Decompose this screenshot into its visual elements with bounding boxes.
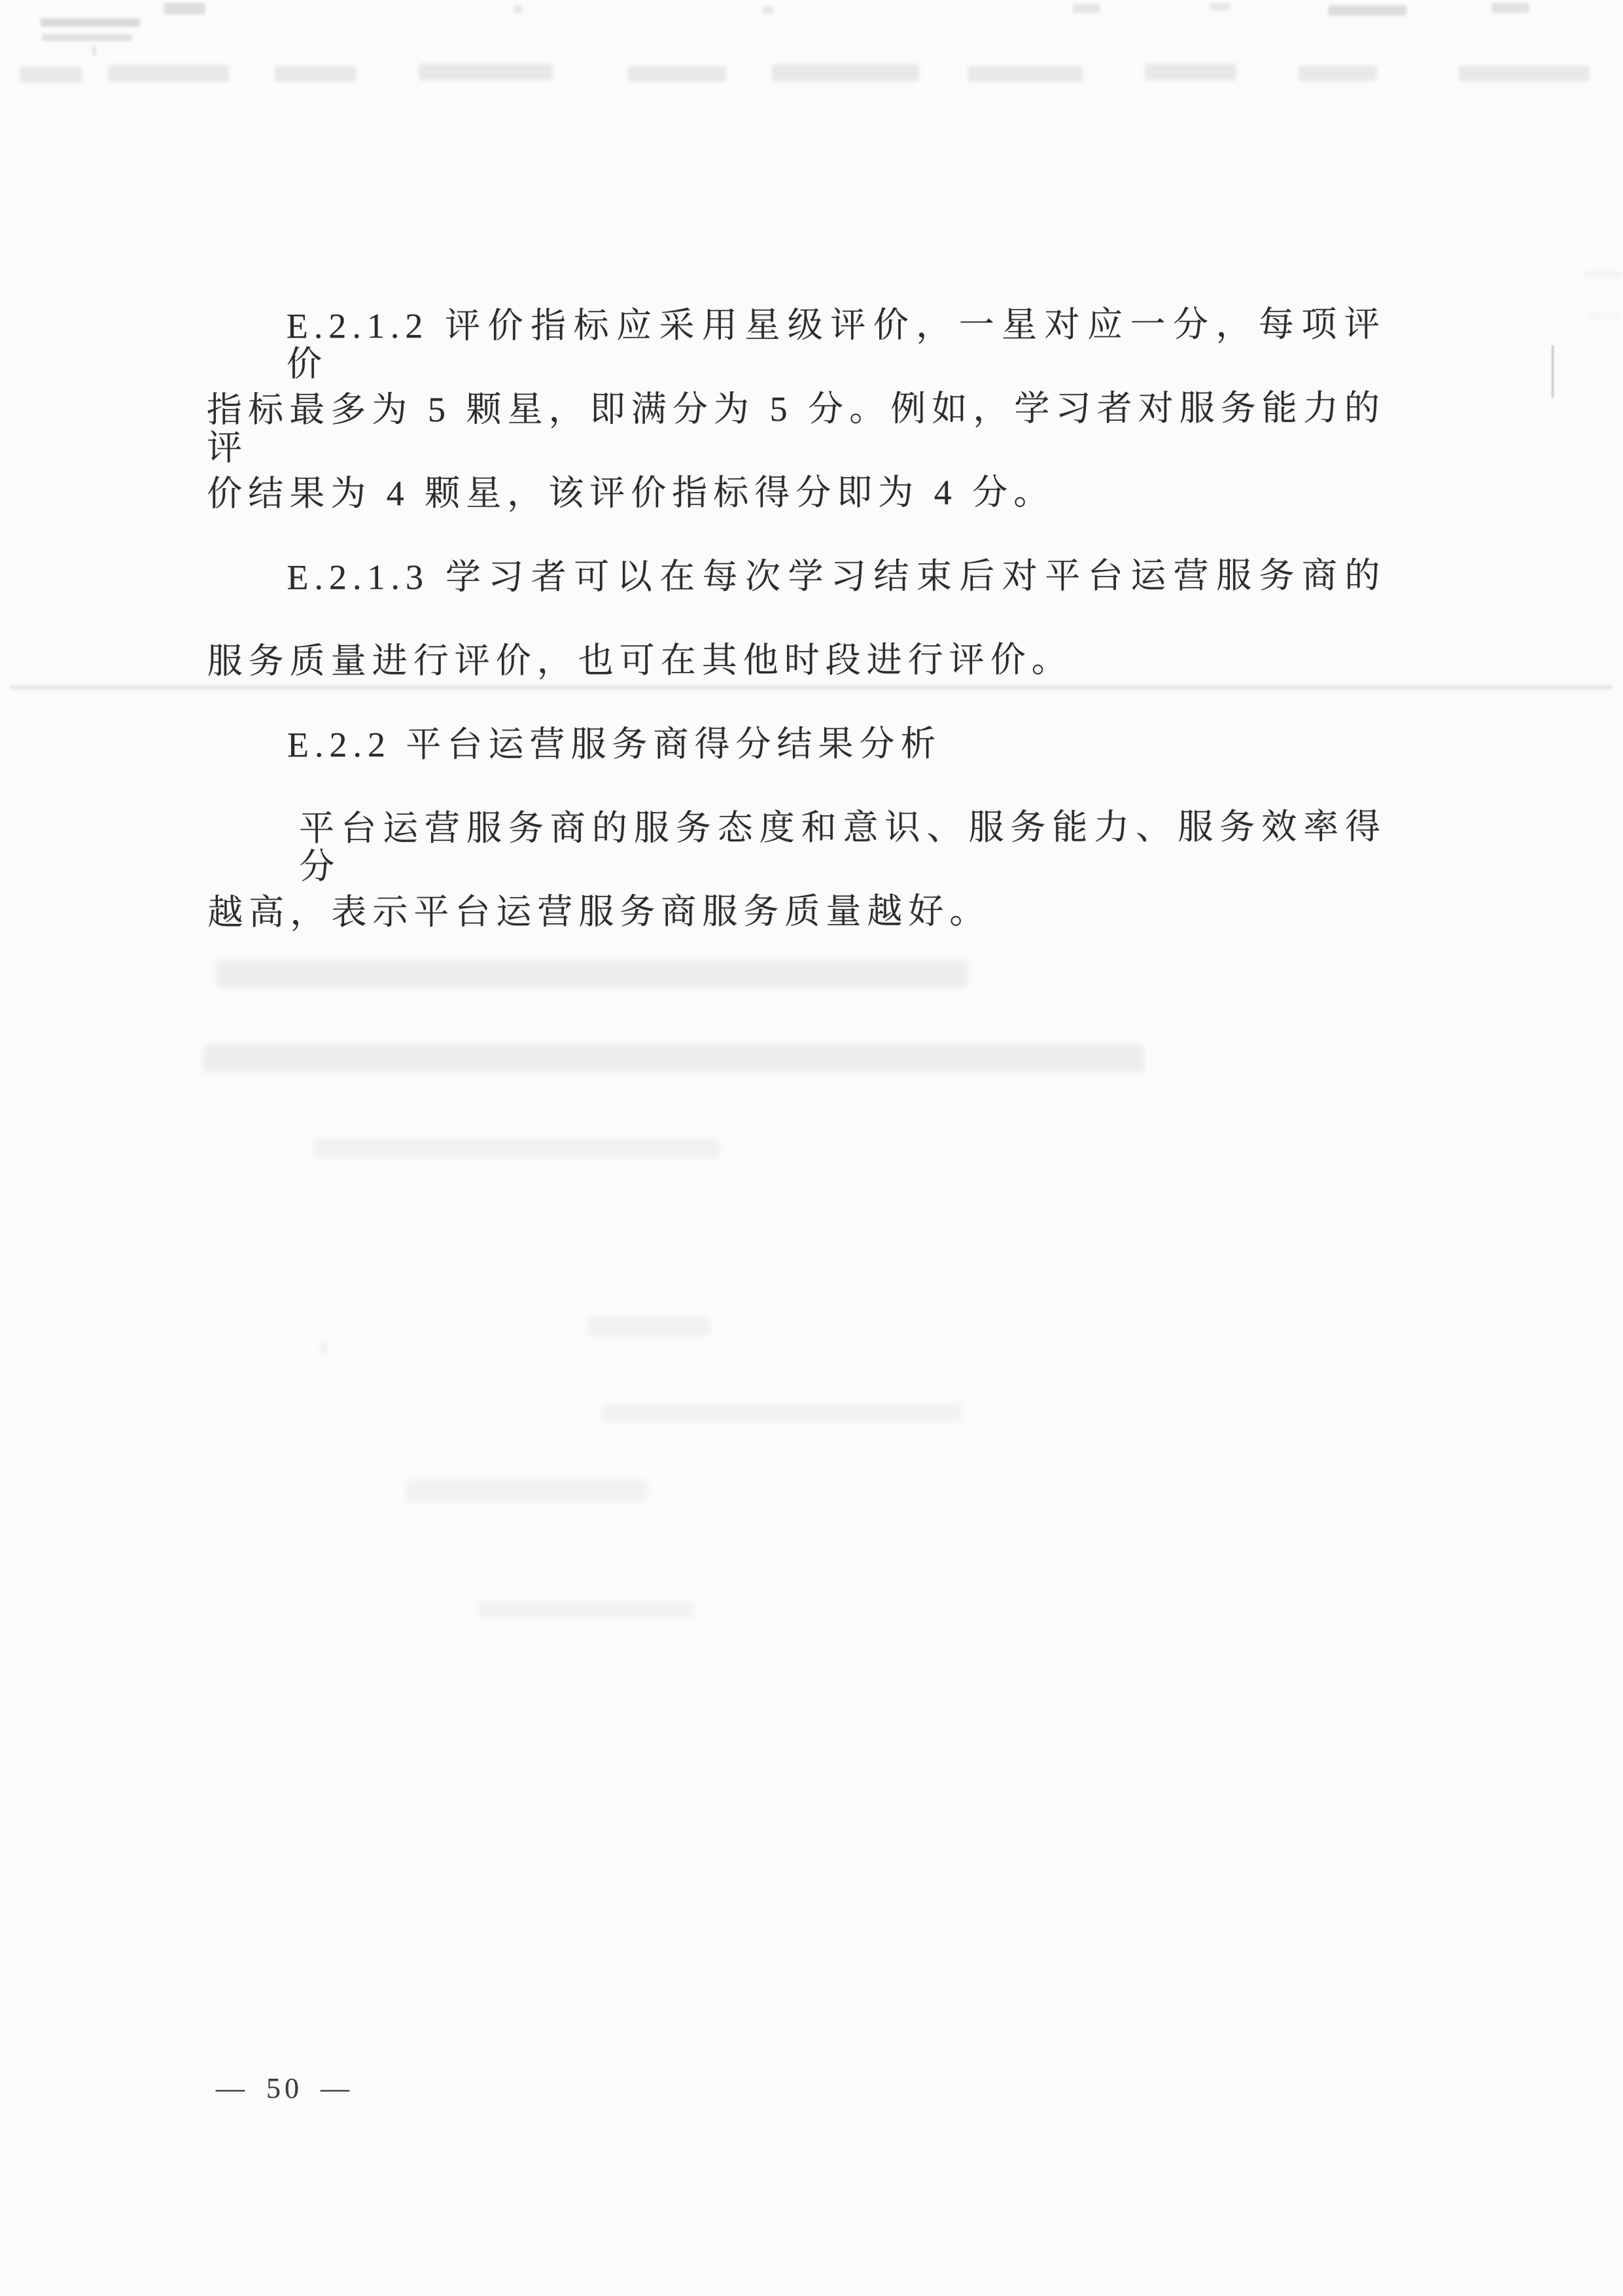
text-line-e22-2: 越高，表示平台运营服务商服务质量越好。	[207, 891, 1386, 931]
text-line-e213-2: 服务质量进行评价，也可在其他时段进行评价。	[207, 640, 1386, 680]
text-line-e212-1: E.2.1.2 评价指标应采用星级评价，一星对应一分，每项评价	[207, 305, 1386, 383]
text-line-e212-2: 指标最多为 5 颗星，即满分为 5 分。例如，学习者对服务能力的评	[207, 389, 1386, 467]
text-line-e213-1: E.2.1.3 学习者可以在每次学习结束后对平台运营服务商的	[207, 556, 1386, 596]
document-text-block: E.2.1.2 评价指标应采用星级评价，一星对应一分，每项评价 指标最多为 5 …	[0, 0, 1623, 2296]
page-number: — 50 —	[216, 2072, 353, 2105]
text-line-e212-3: 价结果为 4 颗星，该评价指标得分即为 4 分。	[207, 472, 1386, 512]
scanned-document-page: E.2.1.2 评价指标应采用星级评价，一星对应一分，每项评价 指标最多为 5 …	[0, 0, 1623, 2296]
text-line-e22-1: 平台运营服务商的服务态度和意识、服务能力、服务效率得分	[207, 807, 1386, 885]
text-line-e22-heading: E.2.2 平台运营服务商得分结果分析	[207, 724, 1386, 764]
